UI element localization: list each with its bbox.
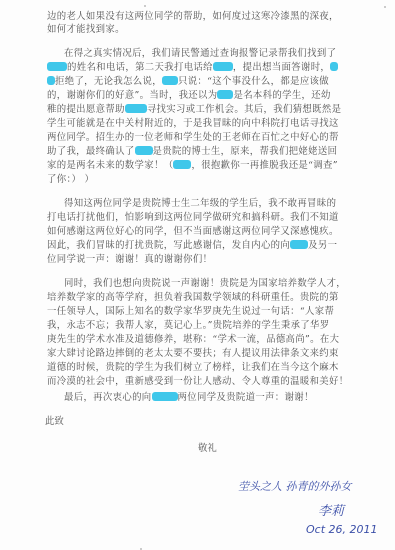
redacted-name (173, 160, 191, 169)
redacted-name (217, 90, 233, 99)
text-line: 位同学说一声：谢谢！真的谢谢你们！ (47, 254, 212, 266)
redacted-name (213, 62, 233, 71)
text-line: 在得之真实情况后，我们请民警通过查询报警记录帮我们找到了 (64, 48, 336, 60)
text-line: 如何才能找到家。 (47, 24, 125, 36)
scan-speck (144, 5, 146, 7)
scan-speck (384, 6, 386, 8)
text-line: 两位同学。招生办的一位老师和学生处的王老师在百忙之中好心的帮 (47, 132, 339, 144)
text-line: 如何感谢这两位好心的同学，但不当面感谢这两位同学又深感愧疚。 (47, 226, 339, 238)
redacted-name (162, 76, 178, 85)
text-line: 而冷漠的社会中，重新感受到一份让人感动、令人尊重的温暖和美好！ (47, 376, 348, 388)
text-line: 拒绝了，无论我怎么说，只说：“这个事没什么，都是应该做 (47, 76, 329, 88)
text-line: 我，永志不忘；我帮人家，莫记心上。”贵院培养的学生秉承了华罗 (47, 320, 329, 332)
text-line: 学生可能就是在中关村附近的，于是我冒昧的向中科院打电话寻找这 (47, 118, 339, 130)
text-line: 庚先生的学术水准及道德修养，堪称：“学术一流，品德高尚”。在大 (47, 334, 339, 346)
signature-date: Oct 26, 2011 (306, 523, 378, 536)
text-line: 得知这两位同学是贵院博士生二年级的学生后，我不敢再冒昧的 (64, 198, 336, 210)
text-line: 同时，我们也想向贵院说一声谢谢！贵院是为国家培养数学人才， (64, 278, 346, 290)
text-line: 家大肆讨论路边摔倒的老太太要不要扶；有人提议用法律条文来约束 (47, 348, 339, 360)
text-line: 的姓名和电话，第二天我打电话给，提出想当面答谢时， (47, 62, 338, 74)
text-line: 助了我，最终确认了是贵院的博士生，原来，帮我们把姥姥送回 (47, 146, 337, 158)
redacted-name (290, 240, 308, 249)
redacted-name (152, 392, 178, 401)
text-line: 边的老人如果没有这两位同学的帮助，如何度过这寒冷漆黑的深夜， (47, 11, 339, 23)
text-line: 了你：） ） (47, 174, 94, 186)
closing-regards: 敬礼 (198, 440, 217, 454)
text-line: 道德的时候，贵院的学生为我们树立了榜样，让我们在当今这个麻木 (47, 362, 339, 374)
text-line: 打电话打扰他们，怕影响到这两位同学做研究和搞科研。我们不知道 (47, 212, 339, 224)
text-line: 的，谢谢你们的好意”。当时，我还以为是名本科的学生，还幼 (47, 90, 331, 102)
letter-page: 边的老人如果没有这两位同学的帮助，如何度过这寒冷漆黑的深夜， 如何才能找到家。 … (0, 0, 395, 550)
redacted-name (47, 76, 55, 85)
signature-name: 李莉 (318, 500, 344, 519)
text-line: 一任领导人，国际上知名的数学家华罗庚先生说过一句话：“人家帮 (47, 306, 334, 318)
text-line: 稚的提出愿意帮助寻找实习或工作机会。其后，我们猜想既然是 (47, 104, 341, 116)
redacted-name (330, 62, 338, 71)
signature-relation: 茔头之人 孙青的外孙女 (238, 478, 352, 494)
redacted-name (47, 62, 67, 71)
text-line: 家的是两名未来的数学家！（，很抱歉你一再推脱我还是“调查” (47, 160, 338, 172)
redacted-name (125, 104, 147, 113)
redacted-name (135, 146, 153, 155)
text-line: 最后，再次衷心的向两位同学及贵院道一声：谢谢！ (64, 392, 314, 404)
closing-salutation: 此致 (45, 413, 64, 427)
text-line: 因此，我们冒昧的打扰贵院，写此感谢信，发自内心的向及另一 (47, 240, 337, 252)
text-line: 培养数学家的高等学府，担负着我国数学领域的科研重任。贵院的第 (47, 292, 339, 304)
